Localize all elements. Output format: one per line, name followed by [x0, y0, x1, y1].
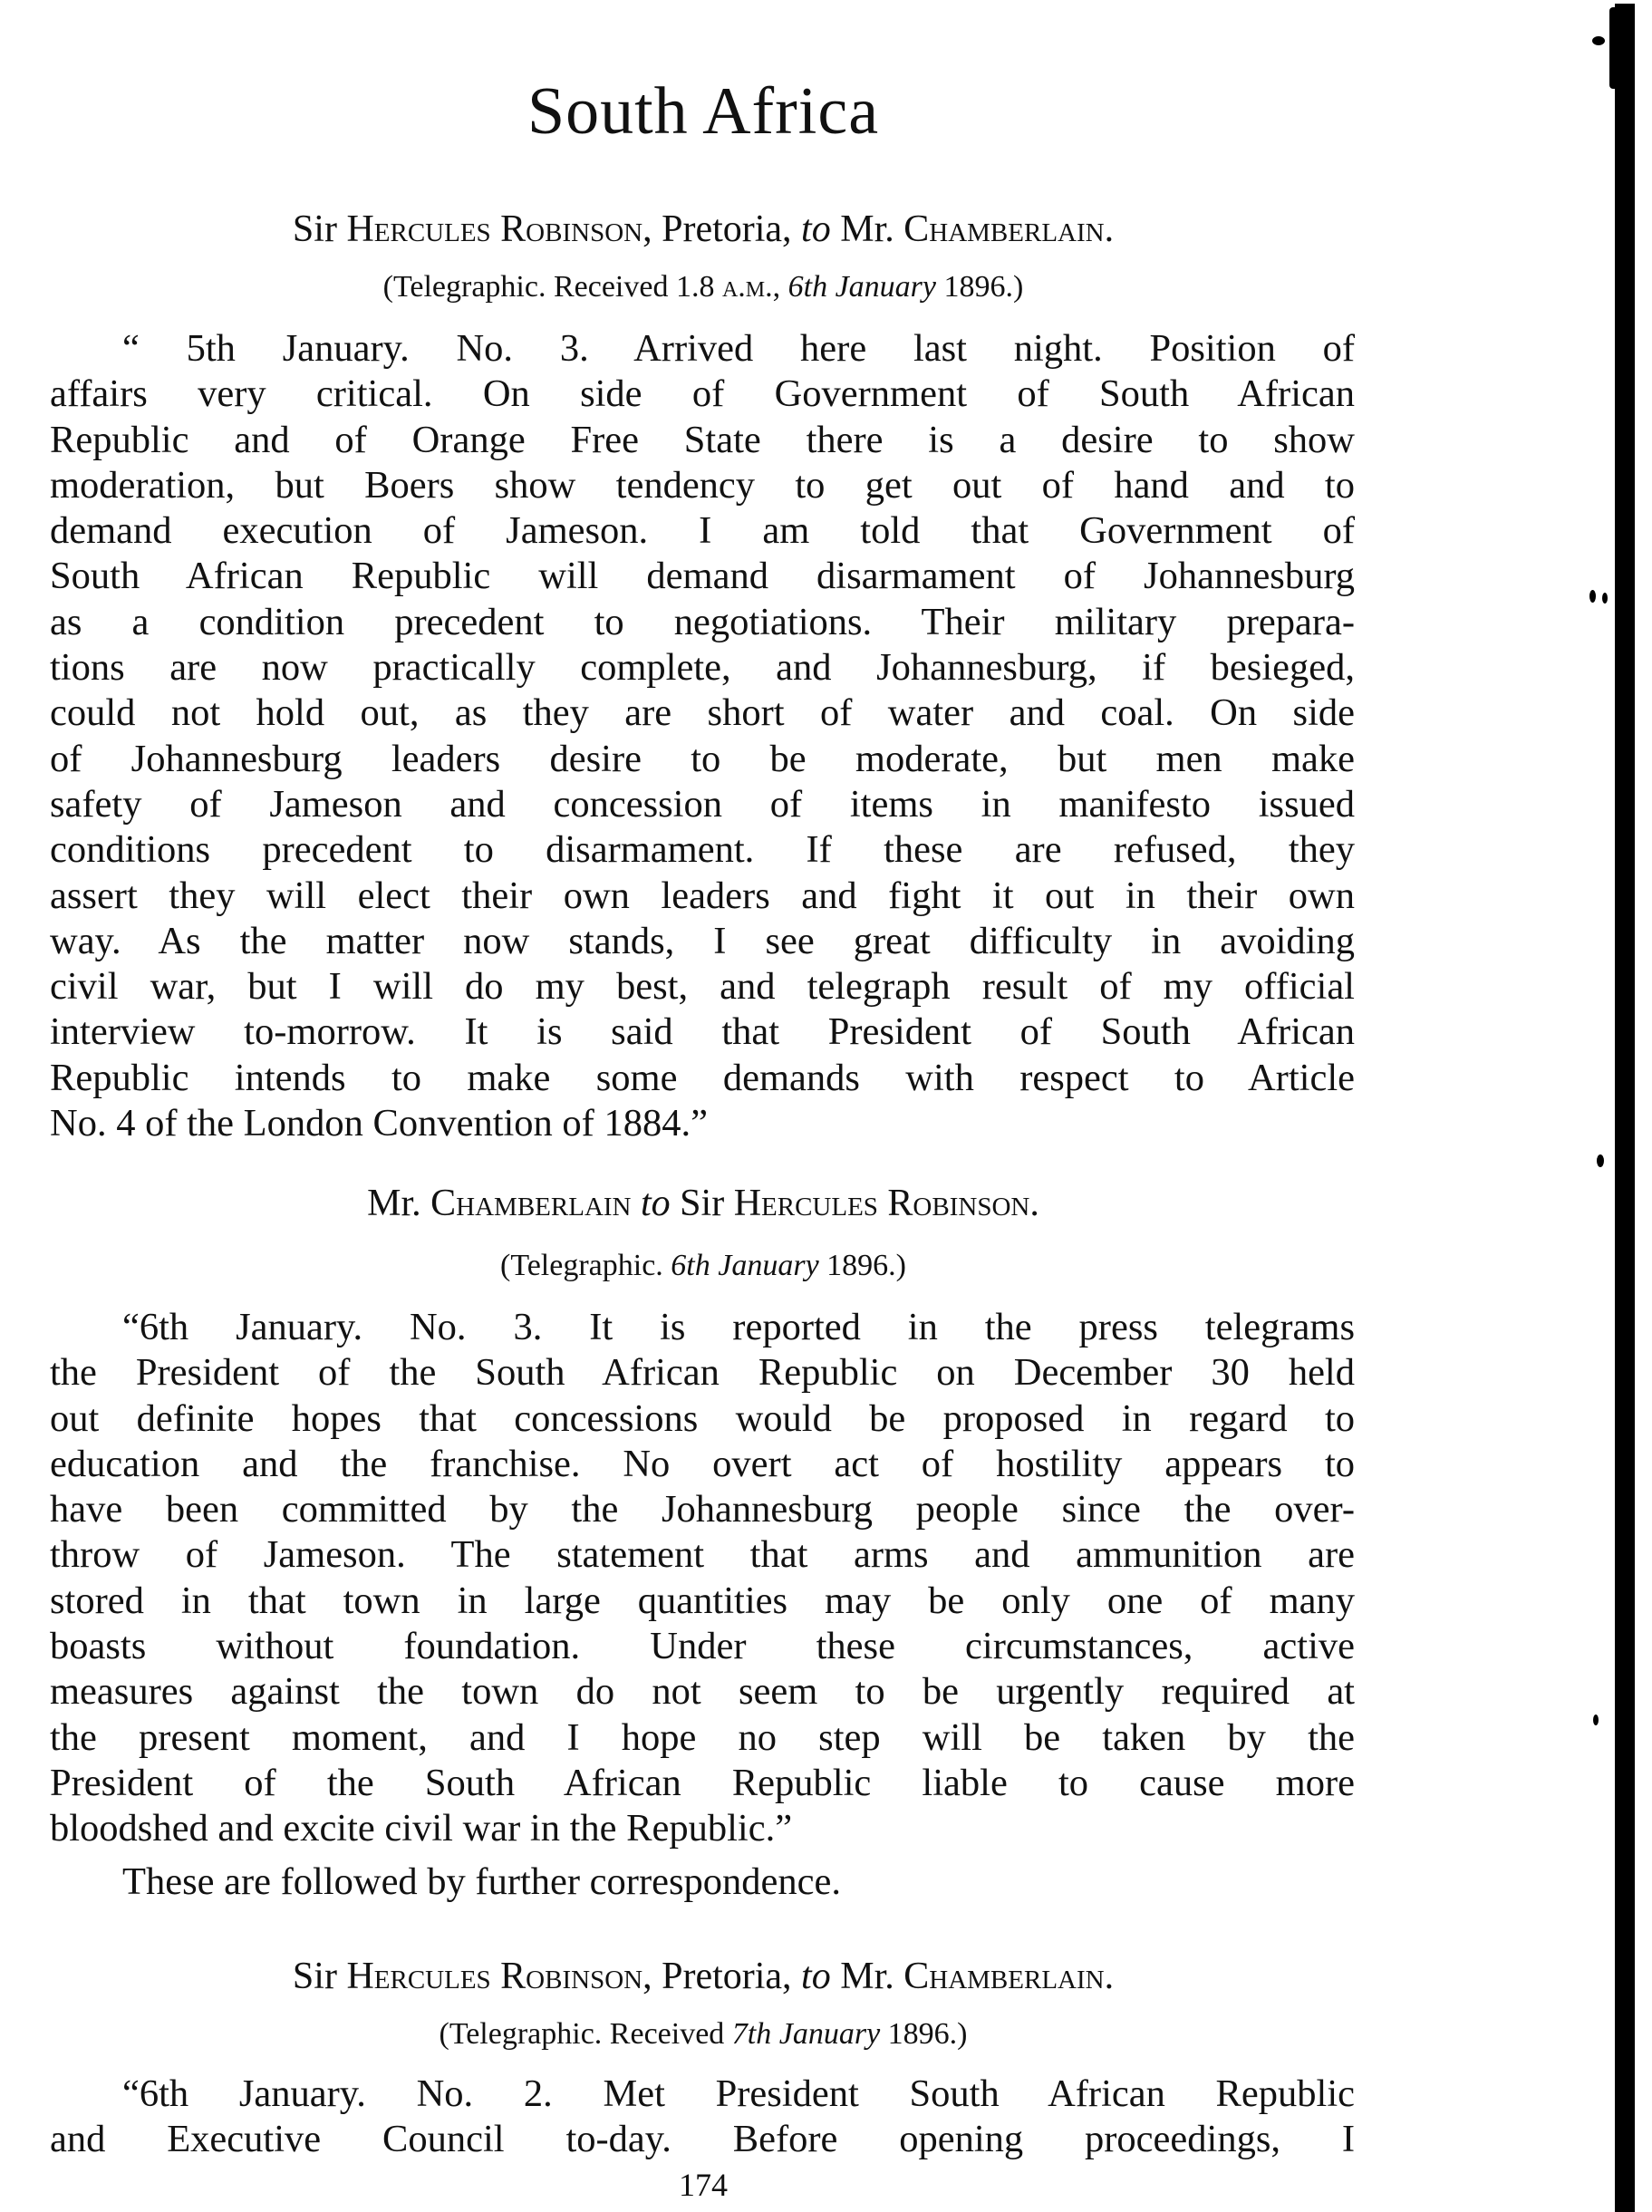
heading-text: . — [1029, 1183, 1039, 1224]
text-line: South African Republic will demand disar… — [50, 554, 1355, 599]
heading-text: Mr. — [367, 1183, 430, 1224]
heading-text: . — [1105, 1956, 1115, 1997]
text-line: out definite hopes that concessions woul… — [50, 1396, 1355, 1442]
recipient-name: Hercules Robinson — [734, 1183, 1030, 1224]
text-line: stored in that town in large quantities … — [50, 1579, 1355, 1624]
teleg-text: (Telegraphic. Received 1.8 — [383, 270, 722, 304]
text-line: measures against the town do not seem to… — [50, 1669, 1355, 1715]
teleg-text: (Telegraphic. Received — [440, 2017, 732, 2051]
heading-text: Sir — [293, 1956, 347, 1997]
heading-text: Sir — [671, 1183, 734, 1224]
teleg-year: 1896.) — [880, 2017, 967, 2051]
page-title: South Africa — [0, 71, 1406, 152]
heading-text: , Pretoria, — [642, 208, 801, 250]
text-line: civil war, but I will do my best, and te… — [50, 964, 1355, 1009]
text-line: the President of the South African Repub… — [50, 1350, 1355, 1396]
text-line: conditions precedent to disarmament. If … — [50, 827, 1355, 873]
text-line: boasts without foundation. Under these c… — [50, 1624, 1355, 1669]
text-line: assert they will elect their own leaders… — [50, 874, 1355, 919]
text-line: safety of Jameson and concession of item… — [50, 782, 1355, 827]
heading-text: . — [1105, 208, 1115, 250]
teleg-date: 6th January — [788, 270, 936, 304]
scan-speck — [1602, 593, 1608, 604]
heading-to: to — [801, 208, 831, 250]
text-line: interview to-morrow. It is said that Pre… — [50, 1009, 1355, 1055]
telegraphic-note-2: (Telegraphic. 6th January 1896.) — [0, 1247, 1406, 1285]
recipient-name: Chamberlain — [903, 1956, 1104, 1997]
text-line: and Executive Council to-day. Before ope… — [50, 2117, 1355, 2162]
heading-text — [632, 1183, 642, 1224]
text-line: education and the franchise. No overt ac… — [50, 1442, 1355, 1487]
correspondence-heading-2: Mr. Chamberlain to Sir Hercules Robinson… — [0, 1181, 1406, 1226]
heading-to: to — [641, 1183, 671, 1224]
text-line: way. As the matter now stands, I see gre… — [50, 919, 1355, 964]
text-line: as a condition precedent to negotiations… — [50, 600, 1355, 645]
recipient-name: Chamberlain — [903, 208, 1104, 250]
scan-speck — [1592, 36, 1605, 45]
text-line: demand execution of Jameson. I am told t… — [50, 508, 1355, 554]
telegram-body-1: “ 5th January. No. 3. Arrived here last … — [50, 326, 1355, 1146]
teleg-time: a.m. — [722, 270, 773, 304]
correspondence-heading-3: Sir Hercules Robinson, Pretoria, to Mr. … — [0, 1954, 1406, 1999]
telegraphic-note-1: (Telegraphic. Received 1.8 a.m., 6th Jan… — [0, 268, 1406, 306]
scan-speck — [1593, 1715, 1599, 1725]
editorial-note: These are followed by further correspond… — [122, 1859, 841, 1905]
text-line: could not hold out, as they are short of… — [50, 691, 1355, 736]
teleg-date: 6th January — [671, 1249, 818, 1282]
scan-speck — [1597, 1154, 1604, 1167]
binding-edge-shadow-top — [1609, 7, 1618, 89]
heading-to: to — [801, 1956, 831, 1997]
correspondence-heading-1: Sir Hercules Robinson, Pretoria, to Mr. … — [0, 207, 1406, 252]
scan-speck — [1589, 590, 1596, 603]
telegram-body-3: “6th January. No. 2. Met President South… — [50, 2072, 1355, 2163]
sender-name: Hercules Robinson — [346, 208, 642, 250]
text-line: “6th January. No. 3. It is reported in t… — [50, 1305, 1355, 1350]
telegram-body-2: “6th January. No. 3. It is reported in t… — [50, 1305, 1355, 1852]
text-line: have been committed by the Johannesburg … — [50, 1487, 1355, 1532]
binding-edge-shadow — [1615, 4, 1635, 2212]
heading-text: , Pretoria, — [642, 1956, 801, 1997]
scanned-book-page: South Africa Sir Hercules Robinson, Pret… — [0, 0, 1652, 2212]
teleg-year: 1896.) — [819, 1249, 906, 1282]
heading-text: Mr. — [831, 208, 904, 250]
text-line: Republic intends to make some demands wi… — [50, 1056, 1355, 1101]
text-line: “6th January. No. 2. Met President South… — [50, 2072, 1355, 2117]
text-line: No. 4 of the London Convention of 1884.” — [50, 1101, 1355, 1146]
text-line: President of the South African Republic … — [50, 1761, 1355, 1806]
text-line: of Johannesburg leaders desire to be mod… — [50, 737, 1355, 782]
text-line: bloodshed and excite civil war in the Re… — [50, 1806, 1355, 1851]
heading-text: Mr. — [831, 1956, 904, 1997]
teleg-text: , — [773, 270, 788, 304]
text-line: the present moment, and I hope no step w… — [50, 1715, 1355, 1761]
text-line: moderation, but Boers show tendency to g… — [50, 463, 1355, 508]
teleg-year: 1896.) — [936, 270, 1023, 304]
text-line: Republic and of Orange Free State there … — [50, 418, 1355, 463]
teleg-text: (Telegraphic. — [500, 1249, 671, 1282]
sender-name: Chamberlain — [430, 1183, 631, 1224]
sender-name: Hercules Robinson — [346, 1956, 642, 1997]
page-number: 174 — [0, 2162, 1406, 2207]
teleg-date: 7th January — [732, 2017, 880, 2051]
text-line: tions are now practically complete, and … — [50, 645, 1355, 691]
text-line: affairs very critical. On side of Govern… — [50, 372, 1355, 417]
text-line: “ 5th January. No. 3. Arrived here last … — [50, 326, 1355, 372]
text-line: throw of Jameson. The statement that arm… — [50, 1532, 1355, 1578]
heading-text: Sir — [293, 208, 347, 250]
telegraphic-note-3: (Telegraphic. Received 7th January 1896.… — [0, 2015, 1406, 2053]
